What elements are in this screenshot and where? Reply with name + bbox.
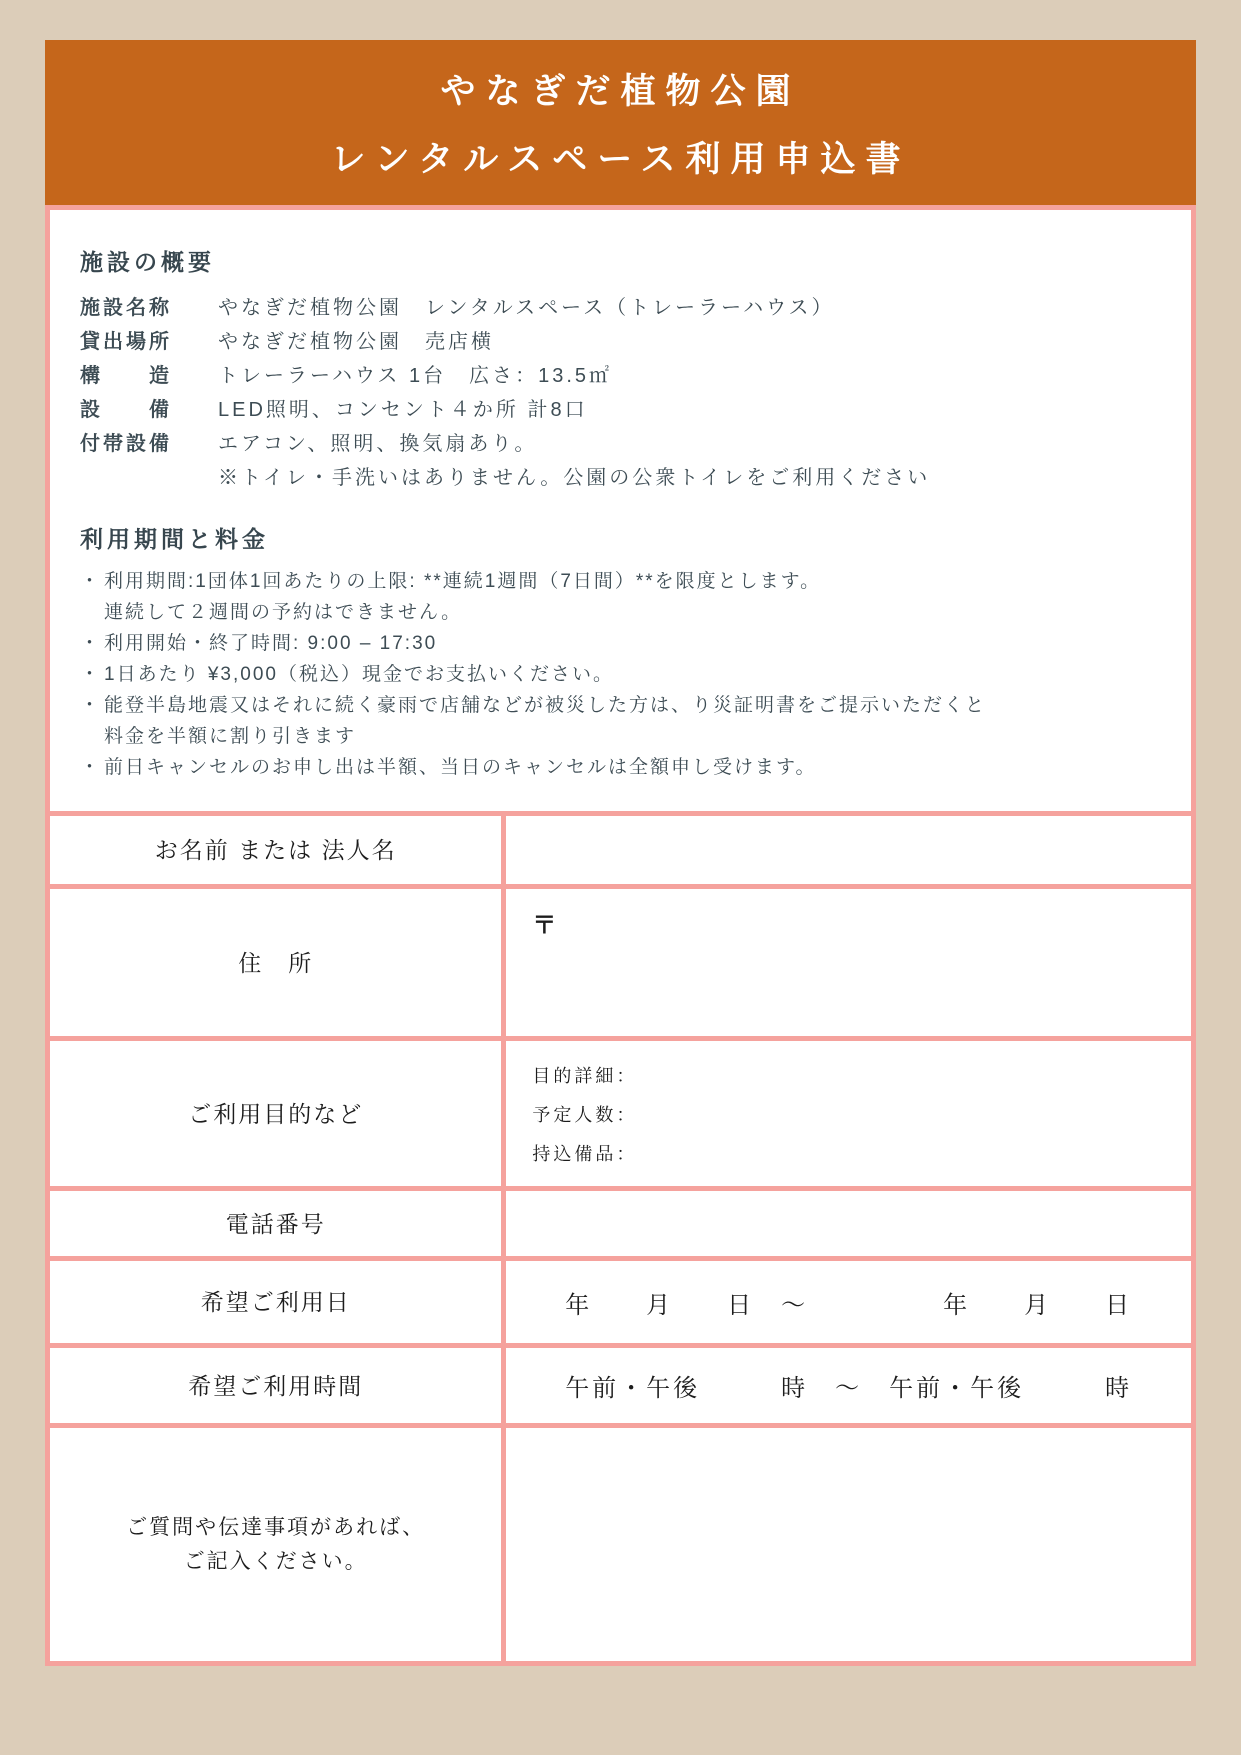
bullet-marker: ・ [80, 690, 104, 721]
phone-fill-in-area [506, 1191, 1191, 1256]
brought-equipment-field: 持込備品： [532, 1140, 1191, 1166]
application-table: お名前 または 法人名 住 所 〒 ご利用目的など 目的詳細： 予定人数： [50, 811, 1191, 1661]
bullet-marker: ・ [80, 752, 104, 783]
pricing-line-text: 利用開始・終了時間: 9:00 – 17:30 [104, 628, 1161, 659]
time-row-label: 希望ご利用時間 [50, 1348, 506, 1423]
bullet-marker [80, 597, 104, 628]
date-placeholder-text: 年 月 日 ～ 年 月 日 [565, 1285, 1132, 1320]
info-section: 施設の概要 施設名称 やなぎだ植物公園 レンタルスペース（トレーラーハウス） 貸… [50, 210, 1191, 811]
pricing-line: ・ 利用期間:1団体1回あたりの上限: **連続1週間（7日間）**を限度としま… [80, 566, 1161, 597]
notes-row-label-line1: ご質問や伝達事項があれば、 [126, 1511, 425, 1545]
overview-item-value: やなぎだ植物公園 売店横 [218, 325, 1161, 359]
overview-item-label: 施設名称 [80, 291, 218, 325]
purpose-row-label: ご利用目的など [50, 1041, 506, 1186]
form-title-line1: やなぎだ植物公園 [440, 64, 800, 114]
postal-mark: 〒 [532, 912, 556, 939]
overview-item-structure: 構 造 トレーラーハウス 1台 広さ：13.5㎡ [80, 359, 1161, 393]
application-form-page: やなぎだ植物公園 レンタルスペース利用申込書 施設の概要 施設名称 やなぎだ植物… [0, 0, 1241, 1755]
pricing-line: 料金を半額に割り引きます [80, 721, 1161, 752]
overview-item-label: 貸出場所 [80, 325, 218, 359]
pricing-line-text: 連続して２週間の予約はできません。 [104, 597, 1161, 628]
pricing-line: 連続して２週間の予約はできません。 [80, 597, 1161, 628]
overview-item-value: トレーラーハウス 1台 広さ：13.5㎡ [218, 359, 1161, 393]
overview-item-amenities: 付帯設備 エアコン、照明、換気扇あり。 [80, 427, 1161, 461]
form-sheet: 施設の概要 施設名称 やなぎだ植物公園 レンタルスペース（トレーラーハウス） 貸… [45, 205, 1196, 1666]
pricing-line: ・ 利用開始・終了時間: 9:00 – 17:30 [80, 628, 1161, 659]
pricing-line: ・ 1日あたり ¥3,000（税込）現金でお支払いください。 [80, 659, 1161, 690]
date-fill-in-area: 年 月 日 ～ 年 月 日 [506, 1261, 1191, 1343]
planned-people-field: 予定人数： [532, 1101, 1191, 1127]
overview-item-equipment: 設 備 LED照明、コンセント４か所 計8口 [80, 393, 1161, 427]
name-row-label-text: お名前 または 法人名 [155, 833, 397, 867]
date-row-label: 希望ご利用日 [50, 1261, 506, 1343]
pricing-line: ・ 前日キャンセルのお申し出は半額、当日のキャンセルは全額申し受けます。 [80, 752, 1161, 783]
form-title-line2: レンタルスペース利用申込書 [331, 132, 911, 182]
overview-item-value: エアコン、照明、換気扇あり。 [218, 427, 1161, 461]
time-fill-in-area: 午前・午後 時 ～ 午前・午後 時 [506, 1348, 1191, 1423]
form-title-banner: やなぎだ植物公園 レンタルスペース利用申込書 [45, 40, 1196, 205]
bullet-marker: ・ [80, 628, 104, 659]
address-fill-in-area: 〒 [506, 889, 1191, 1036]
time-row-label-text: 希望ご利用時間 [188, 1369, 363, 1403]
address-row-label-text: 住 所 [238, 946, 313, 980]
table-row-desired-time: 希望ご利用時間 午前・午後 時 ～ 午前・午後 時 [50, 1343, 1191, 1423]
notes-row-label-line2: ご記入ください。 [184, 1545, 368, 1579]
table-row-name: お名前 または 法人名 [50, 811, 1191, 884]
overview-item-label: 付帯設備 [80, 427, 218, 461]
phone-row-label-text: 電話番号 [226, 1207, 326, 1241]
pricing-heading: 利用期間と料金 [80, 521, 1161, 554]
overview-item-value: LED照明、コンセント４か所 計8口 [218, 393, 1161, 427]
table-row-phone: 電話番号 [50, 1186, 1191, 1256]
overview-item-location: 貸出場所 やなぎだ植物公園 売店横 [80, 325, 1161, 359]
address-row-label: 住 所 [50, 889, 506, 1036]
pricing-line-text: 1日あたり ¥3,000（税込）現金でお支払いください。 [104, 659, 1161, 690]
bullet-marker: ・ [80, 659, 104, 690]
purpose-row-label-text: ご利用目的など [188, 1097, 363, 1131]
overview-item-label [80, 461, 218, 495]
date-row-label-text: 希望ご利用日 [201, 1285, 351, 1319]
overview-item-toilet-note: ※トイレ・手洗いはありません。公園の公衆トイレをご利用ください [80, 461, 1161, 495]
name-fill-in-area [506, 816, 1191, 884]
notes-fill-in-area [506, 1428, 1191, 1661]
name-row-label: お名前 または 法人名 [50, 816, 506, 884]
overview-item-value: ※トイレ・手洗いはありません。公園の公衆トイレをご利用ください [218, 461, 1161, 495]
overview-item-value: やなぎだ植物公園 レンタルスペース（トレーラーハウス） [218, 291, 1161, 325]
pricing-line-text: 能登半島地震又はそれに続く豪雨で店舗などが被災した方は、り災証明書をご提示いただ… [104, 690, 1161, 721]
time-placeholder-text: 午前・午後 時 ～ 午前・午後 時 [565, 1368, 1132, 1403]
pricing-line-text: 利用期間:1団体1回あたりの上限: **連続1週間（7日間）**を限度とします。 [104, 566, 1161, 597]
overview-item-facility-name: 施設名称 やなぎだ植物公園 レンタルスペース（トレーラーハウス） [80, 291, 1161, 325]
pricing-line-text: 料金を半額に割り引きます [104, 721, 1161, 752]
pricing-line-text: 前日キャンセルのお申し出は半額、当日のキャンセルは全額申し受けます。 [104, 752, 1161, 783]
overview-item-label: 設 備 [80, 393, 218, 427]
bullet-marker: ・ [80, 566, 104, 597]
table-row-address: 住 所 〒 [50, 884, 1191, 1036]
table-row-notes: ご質問や伝達事項があれば、 ご記入ください。 [50, 1423, 1191, 1661]
table-row-desired-date: 希望ご利用日 年 月 日 ～ 年 月 日 [50, 1256, 1191, 1343]
purpose-detail-field: 目的詳細： [532, 1062, 1191, 1088]
pricing-line: ・ 能登半島地震又はそれに続く豪雨で店舗などが被災した方は、り災証明書をご提示い… [80, 690, 1161, 721]
phone-row-label: 電話番号 [50, 1191, 506, 1256]
table-row-purpose: ご利用目的など 目的詳細： 予定人数： 持込備品： [50, 1036, 1191, 1186]
overview-item-label: 構 造 [80, 359, 218, 393]
purpose-fill-in-area: 目的詳細： 予定人数： 持込備品： [506, 1041, 1191, 1186]
overview-heading: 施設の概要 [80, 244, 1161, 277]
bullet-marker [80, 721, 104, 752]
notes-row-label: ご質問や伝達事項があれば、 ご記入ください。 [50, 1428, 506, 1661]
